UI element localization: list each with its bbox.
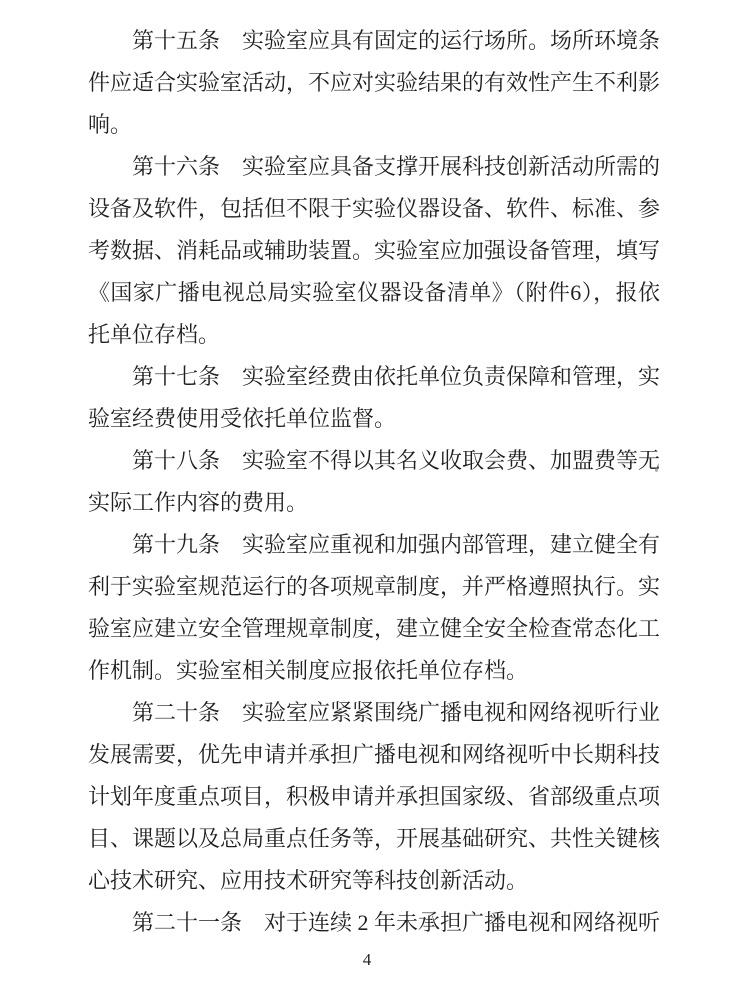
document-page: 第十五条 实验室应具有固定的运行场所。场所环境条件应适合实验室活动，不应对实验结… <box>0 0 734 1002</box>
article-17-paragraph: 第十七条 实验室经费由依托单位负责保障和管理，实验室经费使用受依托单位监督。 <box>88 356 660 440</box>
article-20-paragraph: 第二十条 实验室应紧紧围绕广播电视和网络视听行业发展需要，优先申请并承担广播电视… <box>88 692 660 902</box>
article-15-paragraph: 第十五条 实验室应具有固定的运行场所。场所环境条件应适合实验室活动，不应对实验结… <box>88 20 660 146</box>
document-body: 第十五条 实验室应具有固定的运行场所。场所环境条件应适合实验室活动，不应对实验结… <box>88 20 660 944</box>
article-19-paragraph: 第十九条 实验室应重视和加强内部管理，建立健全有利于实验室规范运行的各项规章制度… <box>88 524 660 692</box>
page-number: 4 <box>0 950 734 970</box>
article-18-paragraph: 第十八条 实验室不得以其名义收取会费、加盟费等无实际工作内容的费用。 <box>88 440 660 524</box>
scan-artifact-dot <box>655 468 658 472</box>
article-16-paragraph: 第十六条 实验室应具备支撑开展科技创新活动所需的设备及软件，包括但不限于实验仪器… <box>88 146 660 356</box>
article-21-paragraph: 第二十一条 对于连续 2 年未承担广播电视和网络视听 <box>88 902 660 944</box>
